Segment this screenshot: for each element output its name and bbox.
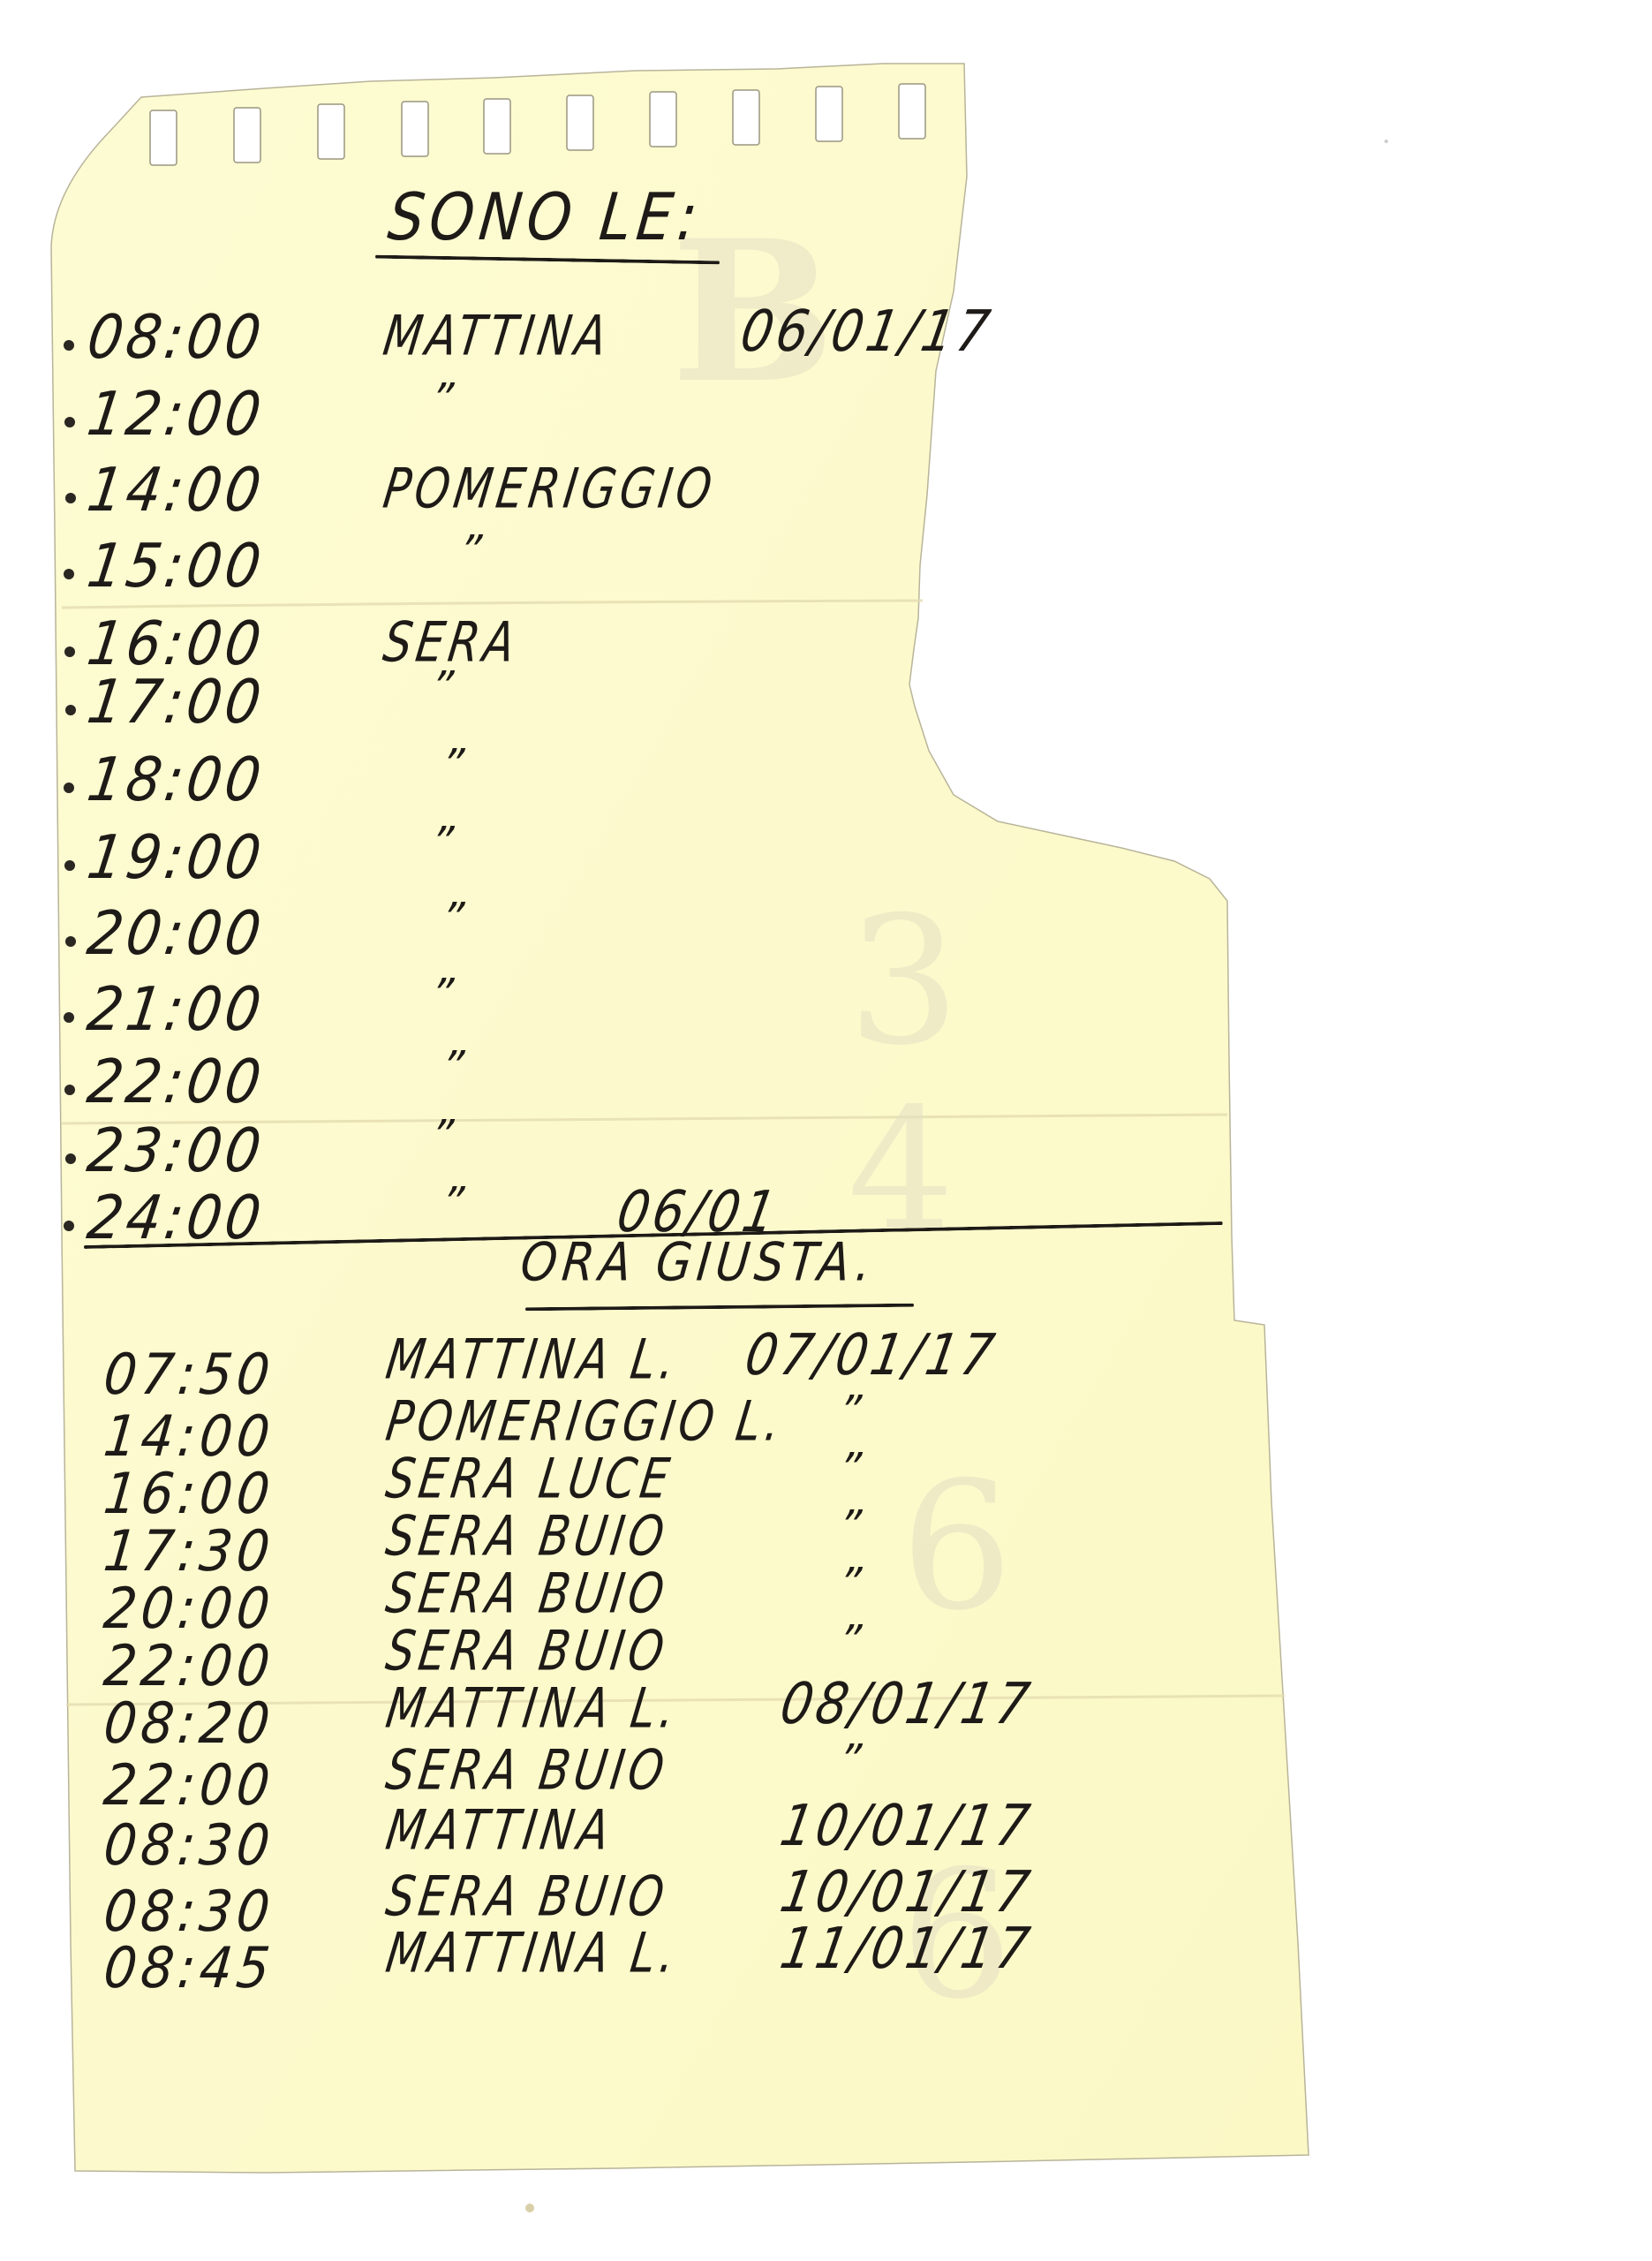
entry-label: MATTINA L. xyxy=(382,1676,683,1741)
entry-time: 22:00 xyxy=(101,1633,277,1699)
entry-label: POMERIGGIO xyxy=(380,457,720,521)
entry-label: SERA BUIO xyxy=(382,1864,672,1929)
entry-time: 15:00 xyxy=(83,530,268,601)
bullet-dot xyxy=(65,493,76,503)
entry-label: MATTINA xyxy=(380,304,615,368)
bullet-dot xyxy=(65,705,76,715)
entry-time: 12:00 xyxy=(83,378,268,449)
entry-time: 22:00 xyxy=(83,1046,268,1116)
entry-time: 20:00 xyxy=(101,1576,277,1642)
entry-label: MATTINA L. xyxy=(382,1921,683,1985)
entry-date: 08/01/17 xyxy=(775,1671,1037,1737)
entry-time: 08:45 xyxy=(101,1935,277,2001)
svg-text:3: 3 xyxy=(848,879,960,1085)
entry-date: 11/01/17 xyxy=(775,1916,1037,1982)
entry-time: 08:00 xyxy=(83,301,268,372)
entry-date: 10/01/17 xyxy=(775,1793,1037,1859)
entry-time: 08:20 xyxy=(101,1690,277,1757)
svg-text:6: 6 xyxy=(901,1444,1013,1650)
bullet-dot xyxy=(64,569,74,579)
bullet-dot xyxy=(65,936,76,947)
entry-label: SERA BUIO xyxy=(382,1504,672,1569)
bullet-dot xyxy=(64,1012,74,1023)
entry-date: 07/01/17 xyxy=(740,1322,1002,1388)
bullet-dot xyxy=(65,1153,76,1164)
bullet-dot xyxy=(64,647,75,657)
entry-label: SERA BUIO xyxy=(382,1619,672,1683)
bullet-dot xyxy=(64,340,74,351)
entry-label: SERA LUCE xyxy=(382,1447,677,1511)
entry-label: SERA BUIO xyxy=(382,1738,672,1803)
entry-time: 16:00 xyxy=(101,1461,277,1527)
entry-label: MATTINA xyxy=(382,1798,617,1863)
entry-time: 07:50 xyxy=(101,1342,277,1408)
heading-ora-giusta: ORA GIUSTA. xyxy=(517,1233,879,1294)
entry-label: MATTINA L. xyxy=(382,1327,683,1392)
entry-time: 08:30 xyxy=(101,1812,277,1879)
entry-label: POMERIGGIO L. xyxy=(382,1389,788,1454)
bullet-dot xyxy=(64,417,75,427)
entry-label: SERA BUIO xyxy=(382,1562,672,1626)
bullet-dot xyxy=(64,1085,75,1095)
scanned-note: B 3 4 6 6 SONO LE: 08:00MATTINA06/01/171… xyxy=(0,0,1652,2261)
entry-date: 06/01/17 xyxy=(735,299,998,365)
entry-time: 17:30 xyxy=(101,1518,277,1584)
bullet-dot xyxy=(64,1221,74,1231)
heading-sono-le: SONO LE: xyxy=(385,180,706,255)
bullet-dot xyxy=(64,860,75,871)
entry-time: 20:00 xyxy=(83,897,268,968)
entry-time: 18:00 xyxy=(83,744,268,814)
entry-time: 14:00 xyxy=(101,1403,277,1470)
bullet-dot xyxy=(64,783,74,793)
entry-time: 21:00 xyxy=(83,973,268,1044)
entry-time: 22:00 xyxy=(101,1752,277,1819)
entry-time: 19:00 xyxy=(83,821,268,892)
entry-time: 17:00 xyxy=(83,666,268,737)
entry-time: 14:00 xyxy=(83,454,268,525)
entry-time: 23:00 xyxy=(83,1115,268,1185)
